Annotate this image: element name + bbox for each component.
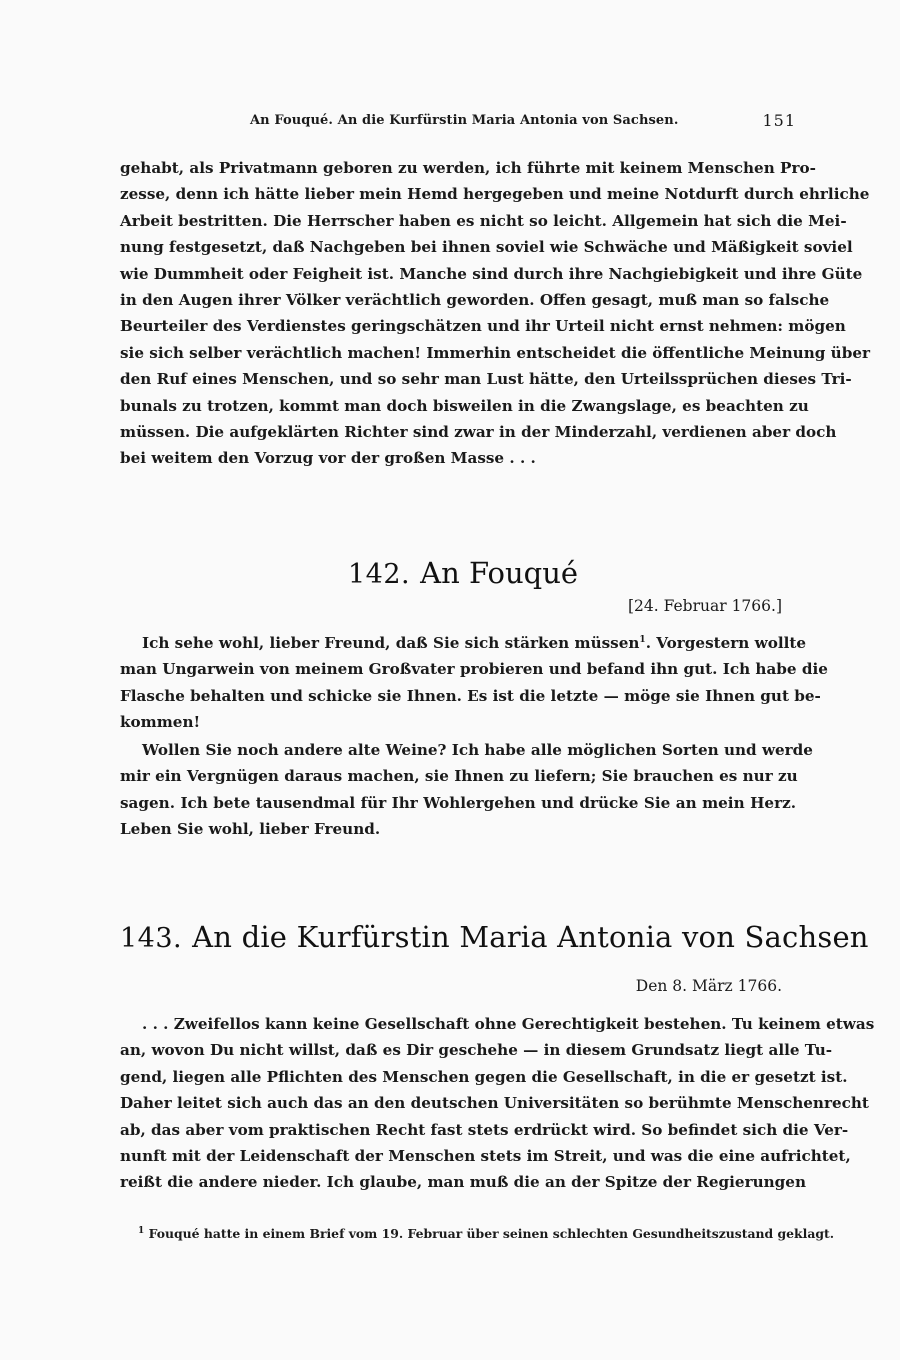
letter-143-heading: 143.An die Kurfürstin Maria Antonia von …: [120, 920, 869, 954]
book-page: An Fouqué. An die Kurfürstin Maria Anton…: [0, 0, 900, 1360]
text-line: bunals zu trotzen, kommt man doch biswei…: [120, 393, 796, 419]
letter-number: 143.: [120, 923, 182, 954]
letter-title: An die Kurfürstin Maria Antonia von Sach…: [192, 920, 869, 954]
text-line: Arbeit bestritten. Die Herrscher haben e…: [120, 208, 796, 234]
text-line: reißt die andere nieder. Ich glaube, man…: [120, 1169, 796, 1195]
text-line: kommen!: [120, 709, 796, 735]
text-line: nunft mit der Leidenschaft der Menschen …: [120, 1143, 796, 1169]
text-line: wie Dummheit oder Feigheit ist. Manche s…: [120, 261, 796, 287]
text-line: ab, das aber vom praktischen Recht fast …: [120, 1117, 796, 1143]
text-line: in den Augen ihrer Völker verächtlich ge…: [120, 287, 796, 313]
text-line: man Ungarwein von meinem Großvater probi…: [120, 656, 796, 682]
footnote-text: Fouqué hatte in einem Brief vom 19. Febr…: [149, 1226, 834, 1241]
text-line: Wollen Sie noch andere alte Weine? Ich h…: [120, 737, 796, 763]
letter-142-date: [24. Februar 1766.]: [628, 597, 782, 615]
text-line: mir ein Vergnügen daraus machen, sie Ihn…: [120, 763, 796, 789]
text-segment: . Vorgestern wollte: [646, 634, 806, 652]
letter-143-paragraph: . . . Zweifellos kann keine Gesellschaft…: [120, 1011, 796, 1196]
text-line: gend, liegen alle Pflichten des Menschen…: [120, 1064, 796, 1090]
text-line: . . . Zweifellos kann keine Gesellschaft…: [120, 1011, 796, 1037]
footnote-mark: 1: [138, 1226, 144, 1236]
text-line: gehabt, als Privatmann geboren zu werden…: [120, 155, 796, 181]
continuation-paragraph: gehabt, als Privatmann geboren zu werden…: [120, 155, 796, 472]
text-line: bei weitem den Vorzug vor der großen Mas…: [120, 445, 796, 471]
running-head-title: An Fouqué. An die Kurfürstin Maria Anton…: [250, 113, 678, 128]
page-number: 151: [762, 111, 796, 130]
text-line: Daher leitet sich auch das an den deutsc…: [120, 1090, 796, 1116]
text-line: Leben Sie wohl, lieber Freund.: [120, 816, 796, 842]
letter-143-date: Den 8. März 1766.: [636, 977, 782, 995]
text-line: zesse, denn ich hätte lieber mein Hemd h…: [120, 181, 796, 207]
letter-title: An Fouqué: [420, 556, 578, 590]
text-line: müssen. Die aufgeklärten Richter sind zw…: [120, 419, 796, 445]
letter-number: 142.: [348, 559, 410, 590]
text-line: sie sich selber verächtlich machen! Imme…: [120, 340, 796, 366]
letter-142-paragraph-2: Wollen Sie noch andere alte Weine? Ich h…: [120, 737, 796, 843]
text-line: nung festgesetzt, daß Nachgeben bei ihne…: [120, 234, 796, 260]
text-line: Ich sehe wohl, lieber Freund, daß Sie si…: [120, 630, 796, 656]
text-segment: Ich sehe wohl, lieber Freund, daß Sie si…: [142, 634, 639, 652]
text-line: den Ruf eines Menschen, und so sehr man …: [120, 366, 796, 392]
footnote: 1 Fouqué hatte in einem Brief vom 19. Fe…: [138, 1226, 800, 1241]
text-line: Beurteiler des Verdienstes geringschätze…: [120, 313, 796, 339]
text-line: an, wovon Du nicht willst, daß es Dir ge…: [120, 1037, 796, 1063]
text-line: Flasche behalten und schicke sie Ihnen. …: [120, 683, 796, 709]
text-line: sagen. Ich bete tausendmal für Ihr Wohle…: [120, 790, 796, 816]
letter-142-paragraph-1: Ich sehe wohl, lieber Freund, daß Sie si…: [120, 630, 796, 736]
letter-142-heading: 142.An Fouqué: [348, 556, 578, 590]
